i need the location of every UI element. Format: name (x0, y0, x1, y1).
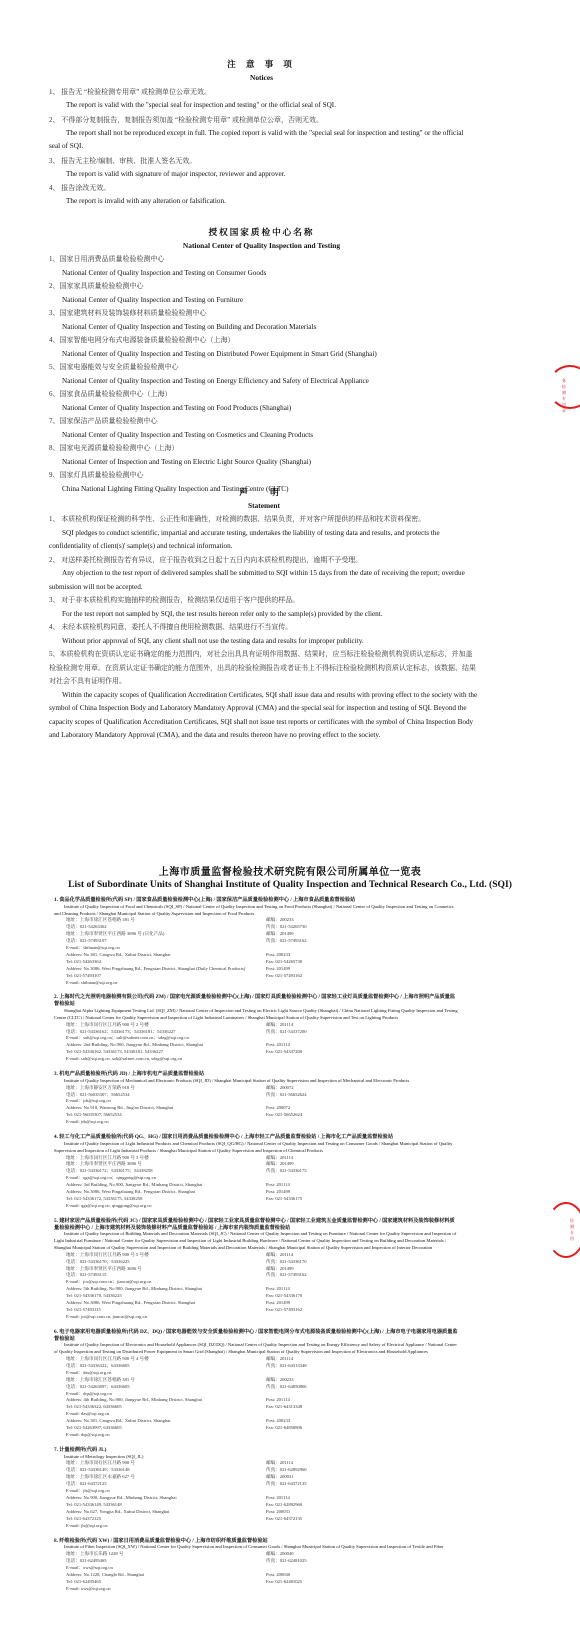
unit-contact-row: Tel: 021-54263362Fax: 021-54265730 (54, 959, 459, 966)
unit-contact-row: 地址：上海市闵行区江月路 900 号 3 号楼邮编：201114 (54, 1155, 459, 1162)
unit-contact-row: E-mail: xws@sqi.org.cn (54, 1586, 459, 1593)
notice-item-cn: 3、 报告无主检/编制、审核、批准人签名无效。 (49, 154, 474, 168)
contact-right: Post: 200233 (266, 1418, 290, 1425)
center-item-cn: 6、国家食品质量检验检测中心（上海） (49, 388, 474, 402)
contact-left: Tel: 021-54336170, 54336225 (66, 1293, 266, 1300)
contact-right: Post: 201499 (266, 966, 290, 973)
unit-heading: 4. 轻工与化工产品质量检验所(代码 QG、HG) / 国家日用消费品质量检验检… (54, 1134, 459, 1141)
unit-contact-row: 地址：上海市奉贤区平庄西路 3086 号邮编：201499 (54, 1161, 459, 1168)
contact-right: 邮编：200072 (266, 1085, 294, 1092)
unit-entry: 2. 上海时代之光照明电器检测有限公司(代码 ZM) / 国家电光源质量检验检测… (54, 994, 459, 1063)
contact-left: Tel: 021-54336149, 54336148 (66, 1502, 266, 1509)
centers-title-en: National Center of Quality Inspection an… (49, 241, 474, 250)
notice-item-en: The report shall not be reproduced excep… (49, 127, 474, 154)
center-item-cn: 8、国家电光源质量检验检测中心（上海） (49, 442, 474, 456)
contact-right: 传真：021-54337200 (266, 1029, 307, 1036)
unit-contact-row: 电话：021-57493107传真：021-57493162 (54, 938, 459, 945)
contact-left: Tel: 021-57493107 (66, 973, 266, 980)
unit-contact-row: E-mail: jds@sqi.org.cn (54, 1119, 459, 1126)
contact-left: 电话：021-64372125 (66, 1481, 266, 1488)
contact-right: 邮编：201114 (266, 1022, 293, 1029)
unit-contact-row: Tel: 021-56035307, 56652534Fax: 021-5665… (54, 1112, 459, 1119)
unit-heading: 2. 上海时代之光照明电器检测有限公司(代码 ZM) / 国家电光源质量检验检测… (54, 994, 459, 1008)
center-item-en: National Center of Quality Inspection an… (49, 294, 474, 308)
unit-heading: 6. 电子电器家用电器质量检验所(代码 DZ、DQ) / 国家电器能效与安全质量… (54, 1329, 459, 1343)
unit-contact-row: Tel: 021-57493107Fax: 021-57493162 (54, 973, 459, 980)
unit-contact-row: E-mail: dzs@sqi.org.cn (54, 1411, 459, 1418)
unit-contact-row: Address: No.1228, Changle Rd., ShanghaiP… (54, 1572, 459, 1579)
contact-left: E-mail: salt@sqi.org.cn, salt@saltnet.co… (66, 1056, 266, 1063)
units-title-cn: 上海市质量监督检验技术研究院有限公司所属单位一览表 (40, 863, 540, 878)
contact-left: Tel: 021-54336172, 54336175, 54338258 (66, 1196, 266, 1203)
unit-entry: 8. 纤维检验所(代码 XW) / 国家日用消费品质量监督检验中心 / 上海市纺… (54, 1538, 459, 1593)
unit-heading: 1. 食品化学品质量检验所(代码 SP) / 国家食品质量检验检测中心(上海) … (54, 897, 459, 904)
unit-contact-row: E-mail：xws@sqi.org.cn (54, 1565, 459, 1572)
unit-contact-row: E-mail：jcs@sqi.com.cn；jiancai@sqi.org.cn (54, 1279, 459, 1286)
contact-left: Tel: 021-54336162, 54336173, 54336181, 5… (66, 1049, 266, 1056)
unit-contact-row: 电话：021-54336170；54336225传真：021-54336170 (54, 1259, 459, 1266)
contact-left: E-mail：qgs@sqi.org.cn；qinggong@sqi.org.c… (66, 1175, 266, 1182)
contact-left: E-mail：jcs@sqi.com.cn；jiancai@sqi.org.cn (66, 1279, 266, 1286)
unit-entry: 4. 轻工与化工产品质量检验所(代码 QG、HG) / 国家日用消费品质量检验检… (54, 1134, 459, 1210)
seal-text: 务检测专用章 (562, 378, 568, 414)
contact-left: Address: No.627, Yongjia Rd., Xuhui Dist… (66, 1509, 266, 1516)
contact-right: 传真：021-64850806 (266, 1384, 307, 1391)
center-item-en: National Center of Quality Inspection an… (49, 348, 474, 362)
unit-contact-row: E-mail: jcs@sqi.com.cn, jiancai@sqi.org.… (54, 1314, 459, 1321)
unit-contact-row: E-mail: dqs@sqi.org.cn (54, 1432, 459, 1439)
unit-contact-row: Tel: 021-57493115Fax: 021-57493162 (54, 1307, 459, 1314)
unit-contact-row: 电话：021-54263097；64336605传真：021-64850806 (54, 1384, 459, 1391)
statement-item-cn: 4、 未经本质检机构同意，委托人不得擅自使用检测数据、结果进行不当宣传。 (49, 621, 479, 635)
contact-left: Address: No.900, Jiangyue Rd., Minhang D… (66, 1495, 266, 1502)
notices-title-cn: 注 意 事 项 (49, 58, 474, 70)
notices-title-en: Notices (49, 73, 474, 82)
unit-contact-row: Tel: 021-54336322, 64336605Fax: 021-6431… (54, 1404, 459, 1411)
contact-left: Tel: 021-57493115 (66, 1307, 266, 1314)
contact-right: 传真：021-56652624 (266, 1092, 307, 1099)
unit-heading: 8. 纤维检验所(代码 XW) / 国家日用消费品质量监督检验中心 / 上海市纺… (54, 1538, 459, 1545)
contact-right: Fax: 021-54265730 (266, 959, 302, 966)
unit-contact-row: 地址：上海市长乐路 1228 号邮编：200040 (54, 1551, 459, 1558)
statement-item-cn: 5、本质检机构在资质认定证书确定的能力范围内，对社会出具具有证明作用数据、结果时… (49, 648, 479, 689)
unit-contact-row: 地址：上海市徐汇区苍梧路 381 号邮编：200233 (54, 1377, 459, 1384)
statement-item-cn: 3、 对于非本质检机构实施抽样的检测报告，检测结果仅适用于客户提供的样品。 (49, 594, 479, 608)
unit-contact-row: Tel: 021-54336149, 54336148Fax: 021-6289… (54, 1502, 459, 1509)
statement-item-en: Without prior approval of SQI, any clien… (49, 635, 479, 649)
contact-left: E-mail: dqs@sqi.org.cn (66, 1432, 266, 1439)
contact-right: Fax: 021-57493162 (266, 1307, 302, 1314)
unit-entry: 3. 机电产品质量检验所(代码 JD) / 上海市机电产品质量监督检验站Inst… (54, 1071, 459, 1126)
contact-left: Address: No.1228, Changle Rd., Shanghai (66, 1572, 266, 1579)
contact-right: Post: 201114 (266, 1042, 290, 1049)
contact-left: 地址：上海市闵行区江月路 900 号 (66, 1460, 266, 1467)
contact-left: 电话：021-54336172；54336175；54338258 (66, 1168, 266, 1175)
contact-left: Tel: 021-62495465 (66, 1579, 266, 1586)
contact-right: Post: 201499 (266, 1300, 290, 1307)
unit-contact-row: 电话：021-54336322；64336605传真：021-64313348 (54, 1363, 459, 1370)
statement-item-en: For the test report not sampled by SQI, … (49, 608, 479, 622)
unit-contact-row: Tel: 021-54336172, 54336175, 54338258Fax… (54, 1196, 459, 1203)
center-item-cn: 4、国家智能电网分布式电源装备质量检验检测中心（上海） (49, 334, 474, 348)
unit-contact-row: 地址：上海市徐汇区苍梧路 381 号邮编：200233 (54, 917, 459, 924)
contact-left: Address: No.3086, West Pingzhuang Rd., F… (66, 1189, 266, 1196)
unit-contact-row: E-mail: salt@sqi.org.cn, salt@saltnet.co… (54, 1056, 459, 1063)
contact-left: E-mail: dzs@sqi.org.cn (66, 1411, 266, 1418)
contact-left: 电话：021-57493107 (66, 938, 266, 945)
unit-contact-row: E-mail: shihuan@sqi.org.cn (54, 980, 459, 987)
unit-contact-row: 电话：021-57493115传真：021-57493162 (54, 1272, 459, 1279)
unit-contact-row: E-mail：dzs@sqi.org.cn (54, 1370, 459, 1377)
contact-right: Post: 200072 (266, 1105, 290, 1112)
units-title-block: 上海市质量监督检验技术研究院有限公司所属单位一览表 List of Subord… (40, 863, 540, 890)
contact-right: Fax: 021-64372135 (266, 1516, 302, 1523)
unit-contact-row: Tel: 021-64372125Fax: 021-64372135 (54, 1516, 459, 1523)
contact-left: 地址：上海市徐汇区苍梧路 381 号 (66, 1377, 266, 1384)
report-page-subordinate-units: 上海市质量监督检验技术研究院有限公司所属单位一览表 List of Subord… (0, 820, 580, 1640)
contact-left: E-mail: xws@sqi.org.cn (66, 1586, 266, 1593)
contact-left: 地址：上海市奉贤区平庄西路 3086 号 (66, 1266, 266, 1273)
center-item-en: National Center of Quality Inspection an… (49, 429, 474, 443)
center-item-en: National Center of Quality Inspection an… (49, 321, 474, 335)
contact-left: 地址：上海市闵行区江月路 900 号 3 号楼 (66, 1155, 266, 1162)
contact-right: Post: 200031 (266, 1509, 290, 1516)
contact-right: 传真：021-64313348 (266, 1363, 307, 1370)
statement-item-en: Within the capacity scopes of Qualificat… (49, 689, 479, 743)
unit-description: Institute of Metrology Inspection (SQI_J… (54, 1454, 459, 1461)
unit-description: Institute of Quality Inspection of Food … (54, 904, 459, 918)
unit-contact-row: 电话：021-64372125传真：021-64372135 (54, 1481, 459, 1488)
statement-item-cn: 1、 本质检机构保证检测的科学性、公正性和准确性，对检测的数据、结果负责，并对客… (49, 513, 479, 527)
contact-left: 电话：021-54263097；64336605 (66, 1384, 266, 1391)
unit-contact-row: E-mail: qgs@sqi.org.cn, qinggong@sqi.org… (54, 1203, 459, 1210)
contact-left: 电话：021-62495465 (66, 1558, 266, 1565)
contact-left: E-mail: jcs@sqi.com.cn, jiancai@sqi.org.… (66, 1314, 266, 1321)
contact-left: E-mail：jds@sqi.org.cn (66, 1098, 266, 1105)
center-item-cn: 1、国家日用消费品质量检验检测中心 (49, 253, 474, 267)
unit-contact-row: 地址：上海市闵行区江月路 900 号 2 号楼邮编：201114 (54, 1022, 459, 1029)
unit-contact-row: E-mail：dqs@sqi.org.cn (54, 1391, 459, 1398)
contact-left: Address: No.918, Wanrong Rd., Jing'an Di… (66, 1105, 266, 1112)
unit-contact-row: E-mail：salt@sqi.org.cn；salt@saltnet.com.… (54, 1035, 459, 1042)
unit-contact-row: 地址：上海市闵行区江月路 900 号邮编：201114 (54, 1460, 459, 1467)
centers-list: 1、国家日用消费品质量检验检测中心National Center of Qual… (49, 253, 474, 496)
unit-contact-row: 电话：021-54336149；54336148传真：021-62892960 (54, 1467, 459, 1474)
contact-right: 邮编：201114 (266, 1252, 293, 1259)
contact-right: 传真：021-57493162 (266, 938, 307, 945)
contact-left: Address: 2nd Building, No.900, Jiangyue … (66, 1042, 266, 1049)
contact-left: E-mail: jls@sqi.org.cn (66, 1523, 266, 1530)
contact-right: Fax: 021-56652624 (266, 1112, 302, 1119)
unit-contact-row: Address: No.3086, West Pingzhuang Rd., F… (54, 1189, 459, 1196)
units-list: 1. 食品化学品质量检验所(代码 SP) / 国家食品质量检验检测中心(上海) … (54, 897, 459, 1601)
contact-left: 电话：021-57493115 (66, 1272, 266, 1279)
notice-item-cn: 2、 不得部分复制报告，复制报告须加盖 “检验检测专用章” 或检测单位公章，否则… (49, 113, 474, 127)
contact-left: 地址：上海市闵行区江月路 900 号 4 号楼 (66, 1356, 266, 1363)
unit-contact-row: 地址：上海市闵行区江月路 900 号 5 号楼邮编：201114 (54, 1252, 459, 1259)
contact-left: E-mail：xws@sqi.org.cn (66, 1565, 266, 1572)
unit-contact-row: Address: No.627, Yongjia Rd., Xuhui Dist… (54, 1509, 459, 1516)
contact-left: Tel: 021-54263097, 64336605 (66, 1425, 266, 1432)
unit-contact-row: Tel: 021-54336170, 54336225Fax: 021-5433… (54, 1293, 459, 1300)
contact-left: Tel: 021-54263362 (66, 959, 266, 966)
contact-left: E-mail: qgs@sqi.org.cn, qinggong@sqi.org… (66, 1203, 266, 1210)
contact-left: E-mail：shihuan@sqi.org.cn (66, 945, 266, 952)
contact-right: 传真：021-62481025 (266, 1558, 307, 1565)
unit-contact-row: E-mail：qgs@sqi.org.cn；qinggong@sqi.org.c… (54, 1175, 459, 1182)
contact-left: 电话：021-54336149；54336148 (66, 1467, 266, 1474)
statement-section: 声 明 Statement 1、 本质检机构保证检测的科学性、公正性和准确性，对… (49, 486, 479, 743)
unit-contact-row: 电话：021-56035307；56652534传真：021-56652624 (54, 1092, 459, 1099)
unit-entry: 7. 计量检测所(代码 JL)Institute of Metrology In… (54, 1447, 459, 1530)
unit-contact-row: Address: No.3086, West Pingzhuang Rd., F… (54, 1300, 459, 1307)
statement-title-en: Statement (49, 501, 479, 510)
contact-right: Fax: 021-54337200 (266, 1049, 302, 1056)
statement-item-en: Any objection to the test report of deli… (49, 567, 479, 594)
notice-item-en: The report is valid with signature of ma… (49, 168, 474, 182)
statement-title-cn: 声 明 (49, 486, 479, 498)
contact-left: 地址：上海市闵行区江月路 900 号 5 号楼 (66, 1252, 266, 1259)
notice-item-en: The report is invalid with any alteratio… (49, 195, 474, 209)
seal-text: 检测专用 (570, 1218, 576, 1242)
unit-heading: 5. 建材家居产品质量检验所(代码 JC) / 国家家具质量检验检测中心 / 国… (54, 1218, 459, 1232)
unit-contact-row: Address: No.381, Cangwu Rd., Xuhui Distr… (54, 952, 459, 959)
contact-right: 邮编：201114 (266, 1356, 293, 1363)
unit-entry: 5. 建材家居产品质量检验所(代码 JC) / 国家家具质量检验检测中心 / 国… (54, 1218, 459, 1321)
unit-contact-row: Tel: 021-62495465Fax: 021-62481025 (54, 1579, 459, 1586)
contact-right: Post: 201114 (266, 1182, 290, 1189)
unit-entry: 6. 电子电器家用电器质量检验所(代码 DZ、DQ) / 国家电器能效与安全质量… (54, 1329, 459, 1439)
contact-left: 地址：上海市奉贤区平庄西路 3086 号 (日化产品) (66, 931, 266, 938)
unit-contact-row: Tel: 021-54263097, 64336605Fax: 021-6485… (54, 1425, 459, 1432)
contact-left: 地址：上海市静安区万荣路 918 号 (66, 1085, 266, 1092)
contact-left: E-mail: shihuan@sqi.org.cn (66, 980, 266, 987)
contact-right: Fax: 021-62481025 (266, 1579, 302, 1586)
unit-description: Institute of Fiber Inspection (SQI_XW) /… (54, 1544, 459, 1551)
unit-contact-row: 地址：上海市奉贤区平庄西路 3086 号 (日化产品)邮编：201499 (54, 931, 459, 938)
contact-left: 电话：021-54336170；54336225 (66, 1259, 266, 1266)
contact-left: Address: No.381, Cangwu Rd., Xuhui Distr… (66, 1418, 266, 1425)
contact-right: Post: 200040 (266, 1572, 290, 1579)
unit-contact-row: Address: No.3086, West Pingzhuang Rd., F… (54, 966, 459, 973)
contact-left: Address: 5th Building, No.900, Jiangyue … (66, 1286, 266, 1293)
unit-contact-row: 地址：上海市奉贤区平庄西路 3086 号邮编：201499 (54, 1266, 459, 1273)
contact-left: Tel: 021-56035307, 56652534 (66, 1112, 266, 1119)
contact-right: Fax: 021-54336170 (266, 1293, 302, 1300)
contact-right: 邮编：200040 (266, 1551, 294, 1558)
contact-left: E-mail：dzs@sqi.org.cn (66, 1370, 266, 1377)
contact-left: 电话：021-54263362 (66, 924, 266, 931)
unit-contact-row: E-mail：jls@sqi.org.cn (54, 1488, 459, 1495)
contact-left: 电话：021-54336322；64336605 (66, 1363, 266, 1370)
unit-contact-row: Address: 3rd Building, No.900, Jiangyue … (54, 1182, 459, 1189)
contact-left: 地址：上海市闵行区江月路 900 号 2 号楼 (66, 1022, 266, 1029)
center-item-cn: 5、国家电器能效与安全质量检验检测中心 (49, 361, 474, 375)
contact-left: 电话：021-54336162；54336173；54336181；543362… (66, 1029, 266, 1036)
contact-right: Post: 200233 (266, 952, 290, 959)
unit-entry: 1. 食品化学品质量检验所(代码 SP) / 国家食品质量检验检测中心(上海) … (54, 897, 459, 986)
contact-left: Address: 4th Building, No.900, Jiangyue … (66, 1397, 266, 1404)
contact-right: Fax: 021-64850806 (266, 1425, 302, 1432)
contact-right: Fax: 021-57493162 (266, 973, 302, 980)
contact-right: 邮编：200233 (266, 1377, 294, 1384)
notice-item-cn: 4、 报告涂改无效。 (49, 181, 474, 195)
statement-item-en: SQI pledges to conduct scientific, impar… (49, 527, 479, 554)
contact-left: 地址：上海市奉贤区平庄西路 3086 号 (66, 1161, 266, 1168)
contact-left: E-mail: jds@sqi.org.cn (66, 1119, 266, 1126)
statement-item-cn: 2、 对送样委托检测报告若有异议，应于报告收到之日起十五日内向本质检机构提出，逾… (49, 554, 479, 568)
contact-left: E-mail：jls@sqi.org.cn (66, 1488, 266, 1495)
contact-right: 传真：021-54336175 (266, 1168, 307, 1175)
unit-contact-row: 地址：上海市徐汇区永嘉路 627 号邮编：200031 (54, 1474, 459, 1481)
contact-right: Post: 201114 (266, 1286, 290, 1293)
unit-contact-row: 电话：021-62495465传真：021-62481025 (54, 1558, 459, 1565)
unit-contact-row: Address: No.900, Jiangyue Rd., Minhang D… (54, 1495, 459, 1502)
unit-description: Shanghai Alpha Lighting Equipment Testin… (54, 1008, 459, 1022)
contact-left: 地址：上海市徐汇区苍梧路 381 号 (66, 917, 266, 924)
contact-right: Fax: 021-62892960 (266, 1502, 302, 1509)
contact-left: Tel: 021-64372125 (66, 1516, 266, 1523)
contact-right: Post: 201499 (266, 1189, 290, 1196)
unit-contact-row: 电话：021-54336162；54336173；54336181；543362… (54, 1029, 459, 1036)
notices-section: 注 意 事 项 Notices 1、 报告无 “检验检测专用章” 或检测单位公章… (49, 58, 474, 209)
unit-heading: 3. 机电产品质量检验所(代码 JD) / 上海市机电产品质量监督检验站 (54, 1071, 459, 1078)
contact-right: 传真：021-57493162 (266, 1272, 307, 1279)
center-item-en: National Center of Quality Inspection an… (49, 267, 474, 281)
contact-right: Post: 201114 (266, 1495, 290, 1502)
contact-right: Fax: 021-64313348 (266, 1404, 302, 1411)
units-title-en: List of Subordinate Units of Shanghai In… (40, 879, 540, 890)
contact-left: Address: No.3086, West Pingzhuang Rd., F… (66, 1300, 266, 1307)
centers-title-cn: 授权国家质检中心名称 (49, 226, 474, 238)
unit-contact-row: 电话：021-54336172；54336175；54338258传真：021-… (54, 1168, 459, 1175)
unit-contact-row: 电话：021-54263362传真：021-54265730 (54, 924, 459, 931)
unit-description: Institute of Quality Inspection of Build… (54, 1231, 459, 1251)
contact-left: 地址：上海市长乐路 1228 号 (66, 1551, 266, 1558)
unit-contact-row: Address: No.381, Cangwu Rd., Xuhui Distr… (54, 1418, 459, 1425)
center-item-en: National Center of Quality Inspection an… (49, 375, 474, 389)
contact-left: Address: No.381, Cangwu Rd., Xuhui Distr… (66, 952, 266, 959)
unit-contact-row: Address: No.918, Wanrong Rd., Jing'an Di… (54, 1105, 459, 1112)
center-item-cn: 2、国家家具质量检验检测中心 (49, 280, 474, 294)
national-centers-section: 授权国家质检中心名称 National Center of Quality In… (49, 226, 474, 496)
notice-item-en: The report is valid with the "special se… (49, 99, 474, 113)
unit-description: Institute of Quality Inspection of Mecha… (54, 1078, 459, 1085)
center-item-en: National Center of Inspection and Testin… (49, 456, 474, 470)
contact-left: E-mail：dqs@sqi.org.cn (66, 1391, 266, 1398)
center-item-cn: 9、国家灯具质量检验检测中心 (49, 469, 474, 483)
unit-contact-row: 地址：上海市闵行区江月路 900 号 4 号楼邮编：201114 (54, 1356, 459, 1363)
contact-left: Address: No.3086, West Pingzhuang Rd., F… (66, 966, 266, 973)
unit-contact-row: Tel: 021-54336162, 54336173, 54336181, 5… (54, 1049, 459, 1056)
unit-description: Institute of Quality Inspection of Elect… (54, 1342, 459, 1356)
unit-contact-row: Address: 5th Building, No.900, Jiangyue … (54, 1286, 459, 1293)
notices-list: 1、 报告无 “检验检测专用章” 或检测单位公章无效。The report is… (49, 85, 474, 209)
center-item-cn: 7、国家保洁产品质量检验检测中心 (49, 415, 474, 429)
unit-heading: 7. 计量检测所(代码 JL) (54, 1447, 459, 1454)
center-item-en: National Center of Quality Inspection an… (49, 402, 474, 416)
contact-right: Fax: 021-54336175 (266, 1196, 302, 1203)
contact-left: Tel: 021-54336322, 64336605 (66, 1404, 266, 1411)
contact-left: 地址：上海市徐汇区永嘉路 627 号 (66, 1474, 266, 1481)
unit-contact-row: E-mail：jds@sqi.org.cn (54, 1098, 459, 1105)
contact-right: 传真：021-54336170 (266, 1259, 307, 1266)
center-item-cn: 3、国家建筑材料及装饰装修材料质量检验检测中心 (49, 307, 474, 321)
contact-right: Post: 201114 (266, 1397, 290, 1404)
contact-left: Address: 3rd Building, No.900, Jiangyue … (66, 1182, 266, 1189)
unit-description: Institute of Quality Inspection of Light… (54, 1141, 459, 1155)
unit-contact-row: E-mail：shihuan@sqi.org.cn (54, 945, 459, 952)
contact-left: E-mail：salt@sqi.org.cn；salt@saltnet.com.… (66, 1035, 266, 1042)
unit-contact-row: Address: 2nd Building, No.900, Jiangyue … (54, 1042, 459, 1049)
contact-left: 电话：021-56035307；56652534 (66, 1092, 266, 1099)
unit-contact-row: 地址：上海市静安区万荣路 918 号邮编：200072 (54, 1085, 459, 1092)
unit-contact-row: Address: 4th Building, No.900, Jiangyue … (54, 1397, 459, 1404)
unit-contact-row: E-mail: jls@sqi.org.cn (54, 1523, 459, 1530)
notice-item-cn: 1、 报告无 “检验检测专用章” 或检测单位公章无效。 (49, 85, 474, 99)
report-page-notices: 注 意 事 项 Notices 1、 报告无 “检验检测专用章” 或检测单位公章… (0, 0, 580, 820)
statement-list: 1、 本质检机构保证检测的科学性、公正性和准确性，对检测的数据、结果负责，并对客… (49, 513, 479, 743)
contact-right: 传真：021-64372135 (266, 1481, 307, 1488)
